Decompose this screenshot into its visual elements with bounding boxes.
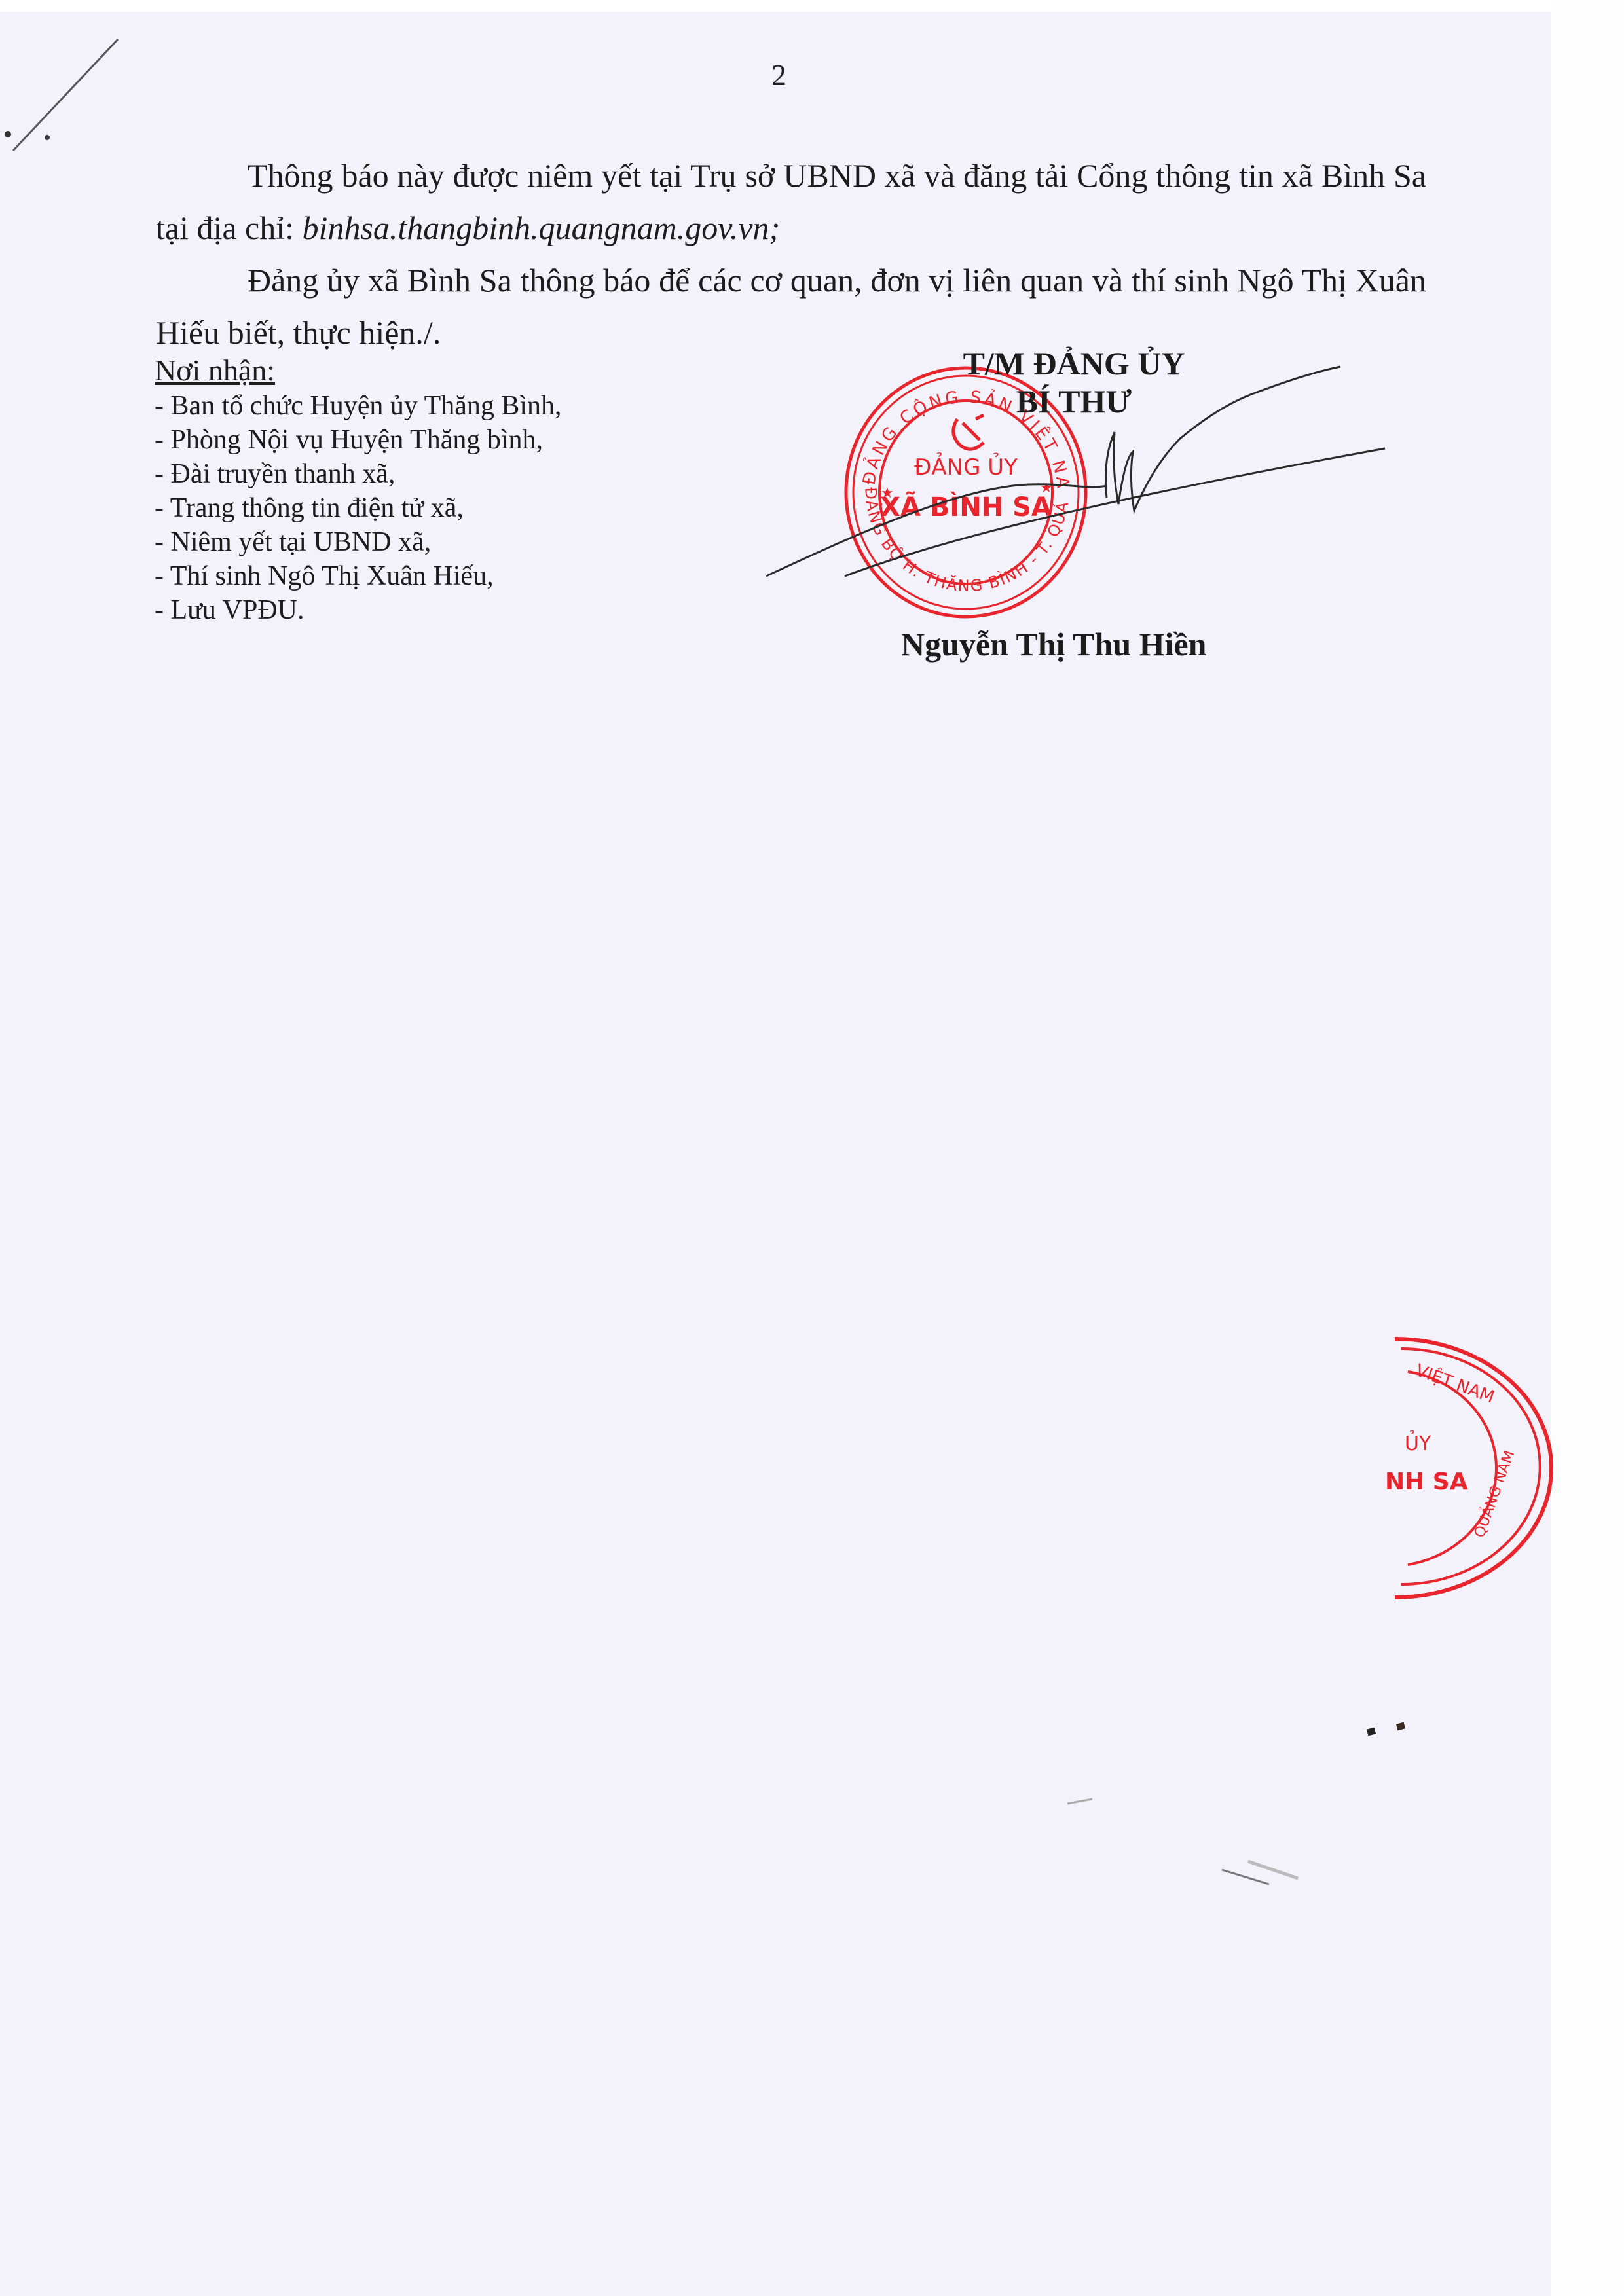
portal-url: binhsa.thangbinh.quangnam.gov.vn; [303,210,781,246]
recipient-item: - Lưu VPĐU. [155,593,562,627]
recipient-item: - Niêm yết tại UBND xã, [155,525,562,559]
paragraph-text: Đảng ủy xã Bình Sa thông báo để các cơ q… [156,262,1426,351]
recipients-label: Nơi nhận: [155,354,562,388]
signature-on-behalf: T/M ĐẢNG ỦY [838,344,1310,382]
recipient-item: - Trang thông tin điện tử xã, [155,491,562,525]
recipient-item: - Thí sinh Ngô Thị Xuân Hiếu, [155,559,562,593]
signer-name: Nguyễn Thị Thu Hiền [901,625,1206,663]
paragraph-posting-notice: Thông báo này được niêm yết tại Trụ sở U… [156,149,1426,254]
signature-title: BÍ THƯ [838,382,1310,420]
recipient-item: - Đài truyền thanh xã, [155,457,562,491]
signature-block: T/M ĐẢNG ỦY BÍ THƯ [838,344,1310,420]
recipients-block: Nơi nhận: - Ban tổ chức Huyện ủy Thăng B… [155,354,562,627]
scanner-margin [1551,0,1624,2296]
page-number: 2 [771,58,786,92]
recipient-item: - Phòng Nội vụ Huyện Thăng bình, [155,423,562,457]
paragraph-closing-notice: Đảng ủy xã Bình Sa thông báo để các cơ q… [156,254,1426,359]
recipient-item: - Ban tổ chức Huyện ủy Thăng Bình, [155,389,562,423]
